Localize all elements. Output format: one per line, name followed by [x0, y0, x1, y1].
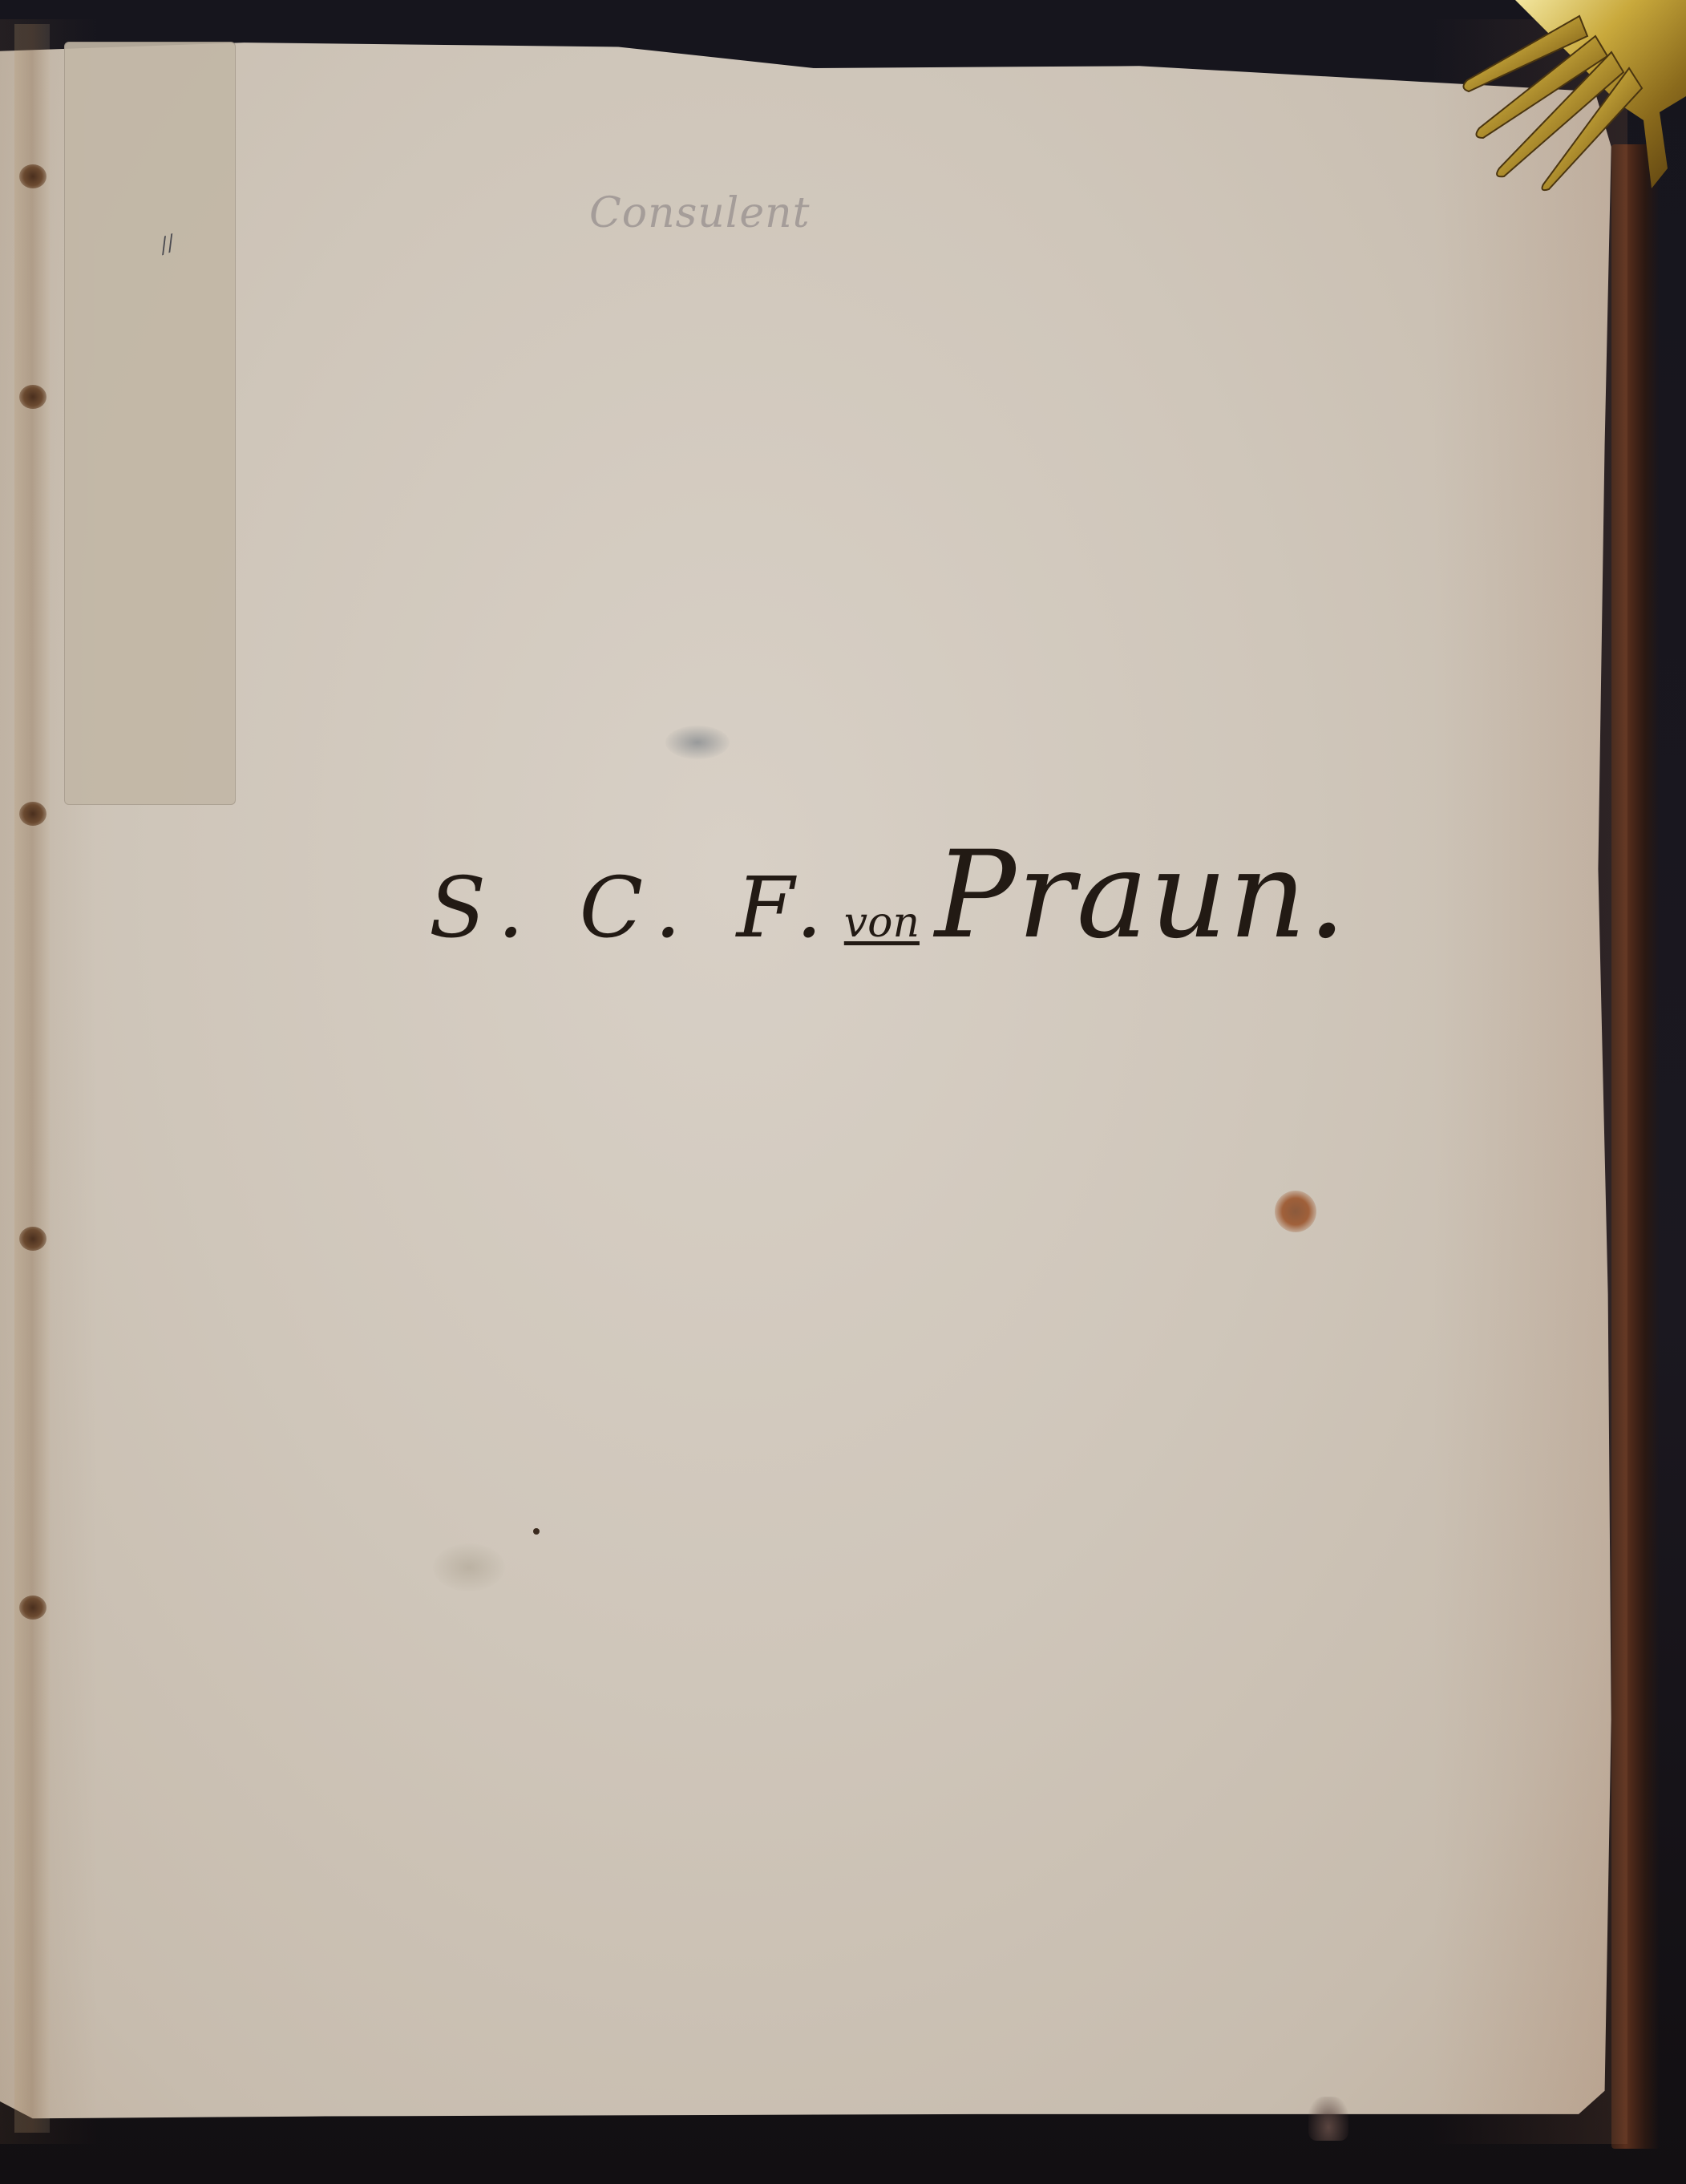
ownership-inscription: S. C. F. von Praun. [429, 826, 1348, 965]
sewing-stitch [19, 1227, 46, 1251]
bottom-ink-blot [1308, 2097, 1348, 2141]
rust-spot [1275, 1191, 1316, 1232]
book-cover-edge [1611, 144, 1660, 2149]
book-flyleaf-page [0, 19, 1627, 2144]
sewing-stitch [19, 802, 46, 826]
sewing-stitch [19, 164, 46, 188]
inscription-initials: S. C. F. [429, 859, 837, 957]
brass-hand-page-holder-icon [1419, 0, 1686, 192]
foxing-stain [433, 1543, 505, 1591]
ink-dot [533, 1528, 540, 1535]
sewing-stitch [19, 385, 46, 409]
pencil-note: Consulent [589, 189, 811, 237]
binding-gutter [14, 24, 50, 2133]
inscription-particle: von [844, 899, 920, 947]
inscription-surname: Praun. [935, 826, 1348, 965]
grey-smudge [665, 726, 730, 759]
paper-guard-strip [64, 42, 236, 805]
sewing-stitch [19, 1596, 46, 1620]
